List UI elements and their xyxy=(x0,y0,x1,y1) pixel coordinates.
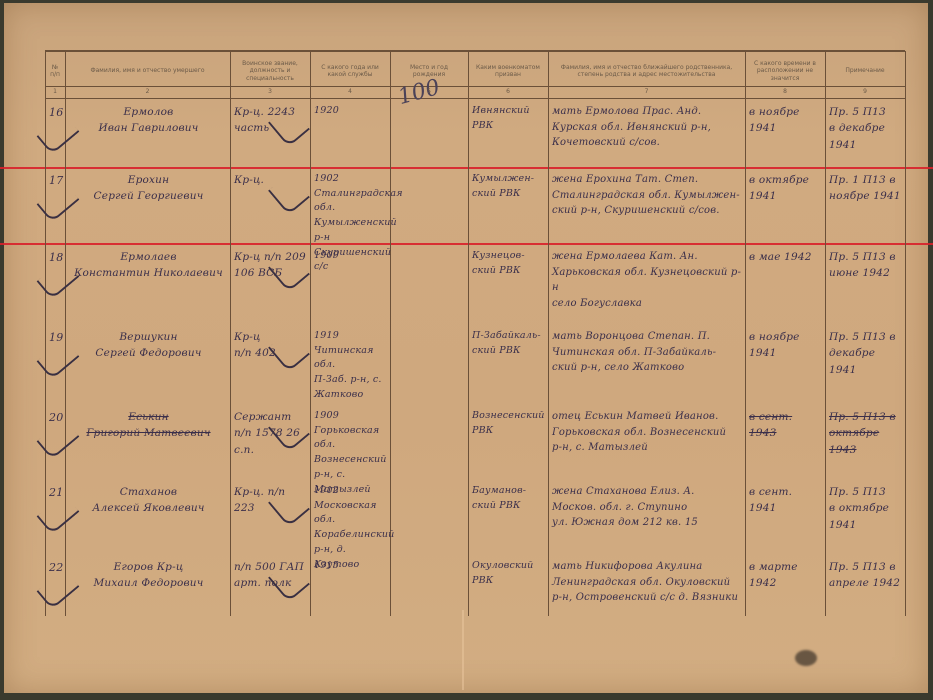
column-header: Место и год рождения xyxy=(390,56,468,86)
header-bottom-rule xyxy=(45,86,905,87)
column-number: 8 xyxy=(745,88,825,98)
cell-note: Пр. 1 П13 в ноябре 1941 xyxy=(829,172,903,205)
column-header: С какого года или какой службы xyxy=(310,56,390,86)
column-divider xyxy=(548,51,549,616)
cell-missing-since: в мае 1942 xyxy=(749,249,823,265)
cell-missing-since: в марте 1942 xyxy=(749,559,823,592)
cell-missing-since: в октябре 1941 xyxy=(749,172,823,205)
cell-draft: Кумылжен- ский РВК xyxy=(472,172,546,201)
cell-draft: Окуловский РВК xyxy=(472,559,546,588)
cell-relative: мать Воронцова Степан. П. Читинская обл.… xyxy=(552,329,743,376)
cell-draft: Бауманов- ский РВК xyxy=(472,484,546,513)
column-number: 7 xyxy=(548,88,745,98)
column-header: Фамилия, имя и отчество ближайшего родст… xyxy=(548,56,745,86)
cell-missing-since: в ноябре 1941 xyxy=(749,104,823,137)
cell-note: Пр. 5 П13 в декабре 1941 xyxy=(829,104,903,153)
column-header: Каким военкоматом призван xyxy=(468,56,548,86)
red-underline-bottom xyxy=(0,243,933,245)
column-header: Воинское звание, должность и специальнос… xyxy=(230,56,310,86)
column-header: Примечание xyxy=(825,56,905,86)
cell-name: Стаханов Алексей Яковлевич xyxy=(69,484,228,517)
cell-note: Пр. 5 П13 в октябре 1943 xyxy=(829,409,903,458)
cell-name: Егоров Кр-ц Михаил Федорович xyxy=(69,559,228,592)
cell-draft: П-Забайкаль- ский РВК xyxy=(472,329,546,358)
register-table: 100 № п/п1Фамилия, имя и отчество умерше… xyxy=(0,0,933,700)
column-number: 2 xyxy=(65,88,230,98)
column-number: 6 xyxy=(468,88,548,98)
cell-name: Еськин Григорий Матвеевич xyxy=(69,409,228,442)
column-number: 5 xyxy=(390,88,468,98)
cell-birth: 1909 xyxy=(314,249,388,264)
column-divider xyxy=(745,51,746,616)
cell-draft: Ивнянский РВК xyxy=(472,104,546,133)
cell-missing-since: в ноябре 1941 xyxy=(749,329,823,362)
cell-draft: Вознесенский РВК xyxy=(472,409,546,438)
column-header: № п/п xyxy=(45,56,65,86)
cell-note: Пр. 5 П13 в апреле 1942 xyxy=(829,559,903,592)
cell-name: Ермолаев Константин Николаевич xyxy=(69,249,228,282)
cell-note: Пр. 5 П13 в декабре 1941 xyxy=(829,329,903,378)
column-divider xyxy=(468,51,469,616)
column-number: 9 xyxy=(825,88,905,98)
cell-draft: Кузнецов- ский РВК xyxy=(472,249,546,278)
cell-relative: жена Стаханова Елиз. А. Москов. обл. г. … xyxy=(552,484,743,531)
table-top-rule xyxy=(45,50,905,52)
cell-birth: 1920 xyxy=(314,104,388,119)
cell-missing-since: в сент. 1943 xyxy=(749,409,823,442)
column-number: 3 xyxy=(230,88,310,98)
column-divider xyxy=(905,51,906,616)
cell-name: Ерохин Сергей Георгиевич xyxy=(69,172,228,205)
cell-relative: мать Ермолова Прас. Анд. Курская обл. Ив… xyxy=(552,104,743,151)
cell-missing-since: в сент. 1941 xyxy=(749,484,823,517)
colnum-bottom-rule xyxy=(45,98,905,99)
cell-birth: 1915 xyxy=(314,559,388,574)
cell-birth: 1919 Читинская обл. П-Заб. р-н, с. Жатко… xyxy=(314,329,388,403)
column-header: С какого времени в расположении не значи… xyxy=(745,56,825,86)
cell-note: Пр. 5 П13 в октябре 1941 xyxy=(829,484,903,533)
cell-relative: жена Ерохина Тат. Степ. Сталинградская о… xyxy=(552,172,743,219)
cell-name: Ермолов Иван Гаврилович xyxy=(69,104,228,137)
column-number: 1 xyxy=(45,88,65,98)
column-divider xyxy=(825,51,826,616)
column-divider xyxy=(310,51,311,616)
cell-relative: жена Ермолаева Кат. Ан. Харьковская обл.… xyxy=(552,249,743,311)
red-underline-top xyxy=(0,167,933,169)
cell-note: Пр. 5 П13 в июне 1942 xyxy=(829,249,903,282)
column-number: 4 xyxy=(310,88,390,98)
column-header: Фамилия, имя и отчество умершего xyxy=(65,56,230,86)
column-divider xyxy=(230,51,231,616)
cell-relative: мать Никифорова Акулина Ленинградская об… xyxy=(552,559,743,606)
cell-name: Вершукин Сергей Федорович xyxy=(69,329,228,362)
cell-relative: отец Еськин Матвей Иванов. Горьковская о… xyxy=(552,409,743,456)
